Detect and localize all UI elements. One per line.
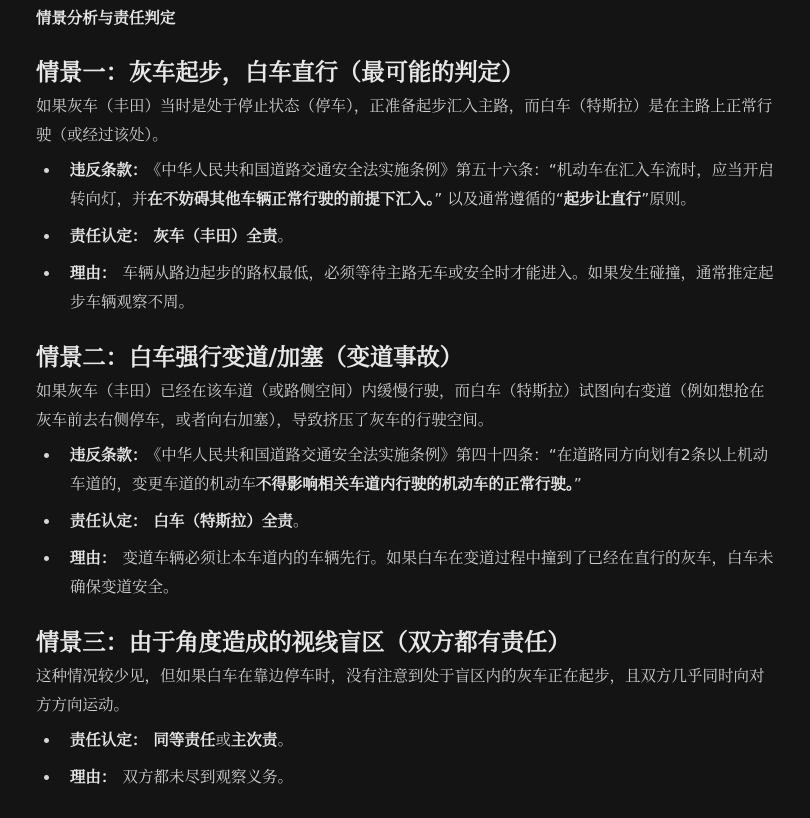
scenario-3: 情景三：由于角度造成的视线盲区（双方都有责任） 这种情况较少见，但如果白车在靠边… (36, 632, 774, 792)
scenario-1: 情景一：灰车起步，白车直行（最可能的判定） 如果灰车（丰田）当时是处于停止状态（… (36, 62, 774, 317)
item-label: 理由： (70, 549, 117, 567)
section-heading: 情景二：白车强行变道/加塞（变道事故） (36, 347, 774, 369)
list-item-reason: 理由：变道车辆必须让本车道内的车辆先行。如果白车在变道过程中撞到了已经在直行的灰… (36, 544, 774, 602)
list-item-violation: 违反条款：《中华人民共和国道路交通安全法实施条例》第五十六条：“机动车在汇入车流… (36, 156, 774, 214)
document: 情景分析与责任判定 情景一：灰车起步，白车直行（最可能的判定） 如果灰车（丰田）… (0, 0, 810, 792)
item-text: 。 (278, 731, 294, 749)
item-text: 或 (216, 731, 232, 749)
section-heading: 情景三：由于角度造成的视线盲区（双方都有责任） (36, 632, 774, 654)
section-paragraph: 如果灰车（丰田）已经在该车道（或路侧空间）内缓慢行驶，而白车（特斯拉）试图向右变… (36, 377, 774, 435)
item-text-bold: 起步让直行 (564, 190, 642, 208)
bullet-icon (44, 775, 49, 780)
bullet-icon (44, 738, 49, 743)
item-label: 理由： (70, 768, 117, 786)
bullet-list: 责任认定：同等责任或主次责。 理由：双方都未尽到观察义务。 (36, 726, 774, 792)
item-text-bold: 在不妨碍其他车辆正常行驶的前提下汇入。 (148, 190, 435, 208)
item-text-bold: 灰车（丰田）全责 (154, 227, 278, 245)
item-text-bold: 白车（特斯拉）全责 (154, 512, 294, 530)
item-text-bold: 主次责 (231, 731, 278, 749)
item-text: 变道车辆必须让本车道内的车辆先行。如果白车在变道过程中撞到了已经在直行的灰车，白… (70, 549, 774, 596)
scenario-2: 情景二：白车强行变道/加塞（变道事故） 如果灰车（丰田）已经在该车道（或路侧空间… (36, 347, 774, 602)
bullet-icon (44, 453, 49, 458)
section-heading: 情景一：灰车起步，白车直行（最可能的判定） (36, 62, 774, 84)
item-text-bold: 不得影响相关车道内行驶的机动车的正常行驶。 (256, 475, 574, 493)
section-paragraph: 这种情况较少见，但如果白车在靠边停车时，没有注意到处于盲区内的灰车正在起步，且双… (36, 662, 774, 720)
item-label: 责任认定： (70, 731, 148, 749)
bullet-icon (44, 519, 49, 524)
list-item-liability: 责任认定：灰车（丰田）全责。 (36, 222, 774, 251)
bullet-list: 违反条款：《中华人民共和国道路交通安全法实施条例》第五十六条：“机动车在汇入车流… (36, 156, 774, 317)
list-item-liability: 责任认定：同等责任或主次责。 (36, 726, 774, 755)
item-label: 违反条款： (70, 161, 148, 179)
item-text-bold: 同等责任 (154, 731, 216, 749)
list-item-violation: 违反条款：《中华人民共和国道路交通安全法实施条例》第四十四条：“在道路同方向划有… (36, 441, 774, 499)
bullet-icon (44, 234, 49, 239)
item-label: 违反条款： (70, 446, 148, 464)
page-title: 情景分析与责任判定 (36, 0, 774, 29)
item-text: 车辆从路边起步的路权最低，必须等待主路无车或安全时才能进入。如果发生碰撞，通常推… (70, 264, 774, 311)
bullet-icon (44, 556, 49, 561)
item-text: 。 (278, 227, 294, 245)
bullet-icon (44, 271, 49, 276)
item-label: 责任认定： (70, 512, 148, 530)
item-label: 理由： (70, 264, 117, 282)
list-item-liability: 责任认定：白车（特斯拉）全责。 (36, 507, 774, 536)
bullet-icon (44, 168, 49, 173)
bullet-list: 违反条款：《中华人民共和国道路交通安全法实施条例》第四十四条：“在道路同方向划有… (36, 441, 774, 602)
item-text: ”原则。 (641, 190, 696, 208)
item-text: ” (574, 475, 582, 493)
list-item-reason: 理由：双方都未尽到观察义务。 (36, 763, 774, 792)
section-paragraph: 如果灰车（丰田）当时是处于停止状态（停车），正准备起步汇入主路，而白车（特斯拉）… (36, 92, 774, 150)
item-label: 责任认定： (70, 227, 148, 245)
list-item-reason: 理由：车辆从路边起步的路权最低，必须等待主路无车或安全时才能进入。如果发生碰撞，… (36, 259, 774, 317)
item-text: ” 以及通常遵循的“ (434, 190, 564, 208)
item-text: 双方都未尽到观察义务。 (123, 768, 294, 786)
item-text: 。 (293, 512, 309, 530)
